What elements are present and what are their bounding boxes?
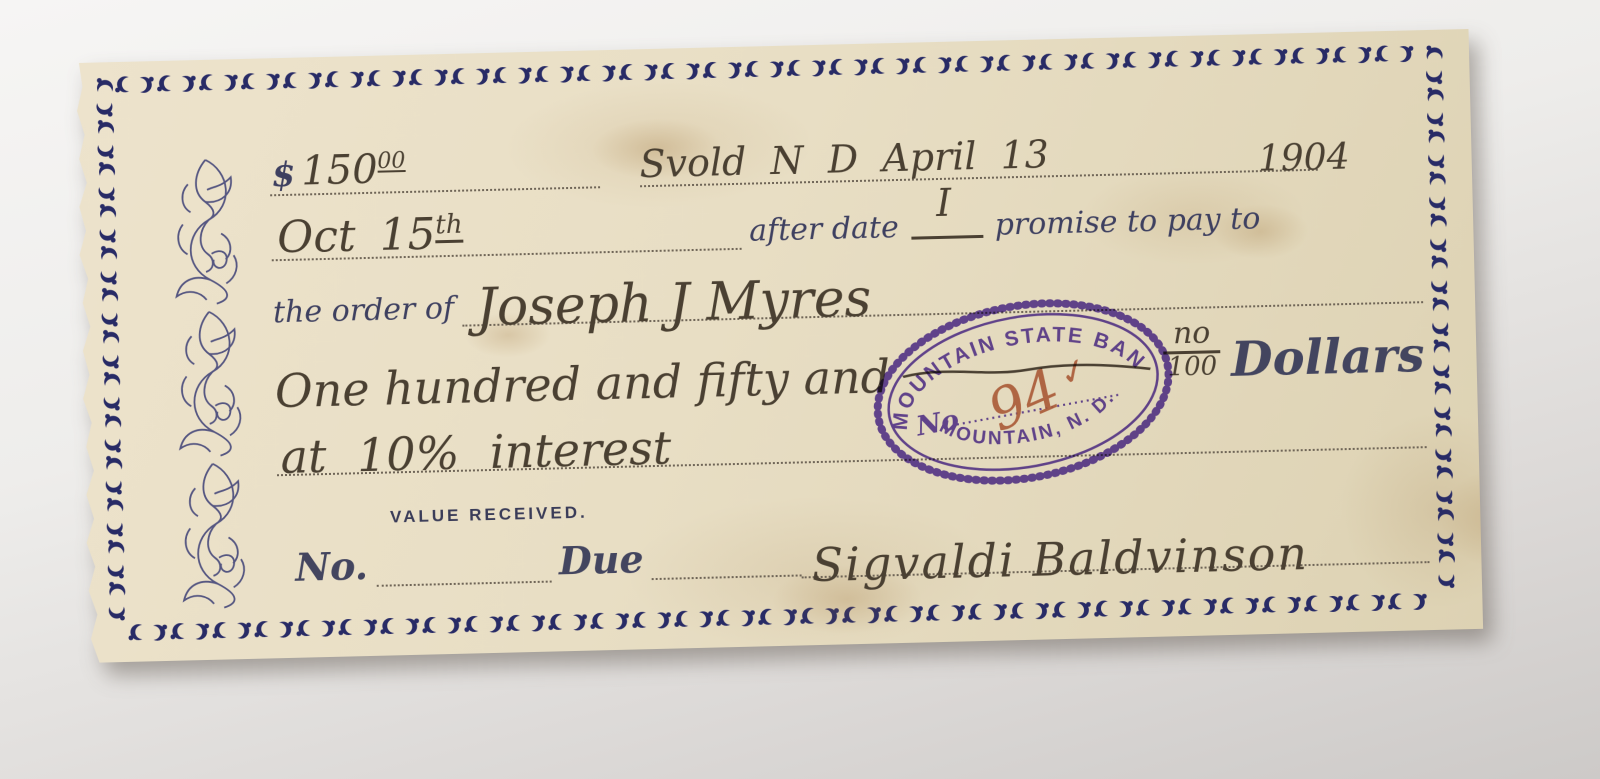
note-content: $ 15000 Svold N D April 13 1904 Oct 15th… [270, 140, 1431, 648]
interest-field: at 10% interest [276, 406, 1427, 476]
photo-background: $ 15000 Svold N D April 13 1904 Oct 15th… [0, 0, 1600, 779]
note-paper: $ 15000 Svold N D April 13 1904 Oct 15th… [69, 29, 1483, 663]
pronoun-line: I [911, 235, 983, 240]
interest-line: at 10% interest [280, 425, 672, 481]
promissory-note: $ 15000 Svold N D April 13 1904 Oct 15th… [69, 29, 1483, 663]
decorative-border-top [113, 42, 1423, 96]
due-line [652, 574, 802, 580]
note-number-line [376, 581, 551, 587]
stain-spot [1439, 467, 1561, 570]
due-date-value: Oct 15th [277, 212, 464, 261]
stamp-checkmark: ✓ [1053, 348, 1095, 396]
due-label: Due [558, 539, 644, 583]
decorative-border-left [93, 76, 128, 622]
order-of-label: the order of [273, 292, 455, 329]
amount-cents: 00 [377, 149, 406, 175]
amount-numeric: 15000 [301, 149, 406, 192]
maker-pronoun: I [936, 184, 952, 222]
floral-ornament-panel [157, 153, 262, 613]
maker-signature: Sigvaldi Baldvinson [811, 530, 1309, 588]
due-date-suffix: th [435, 210, 463, 244]
note-number-label: No. [295, 545, 369, 589]
after-date-label: after date [749, 211, 899, 248]
signature-field: Sigvaldi Baldvinson [801, 527, 1429, 578]
